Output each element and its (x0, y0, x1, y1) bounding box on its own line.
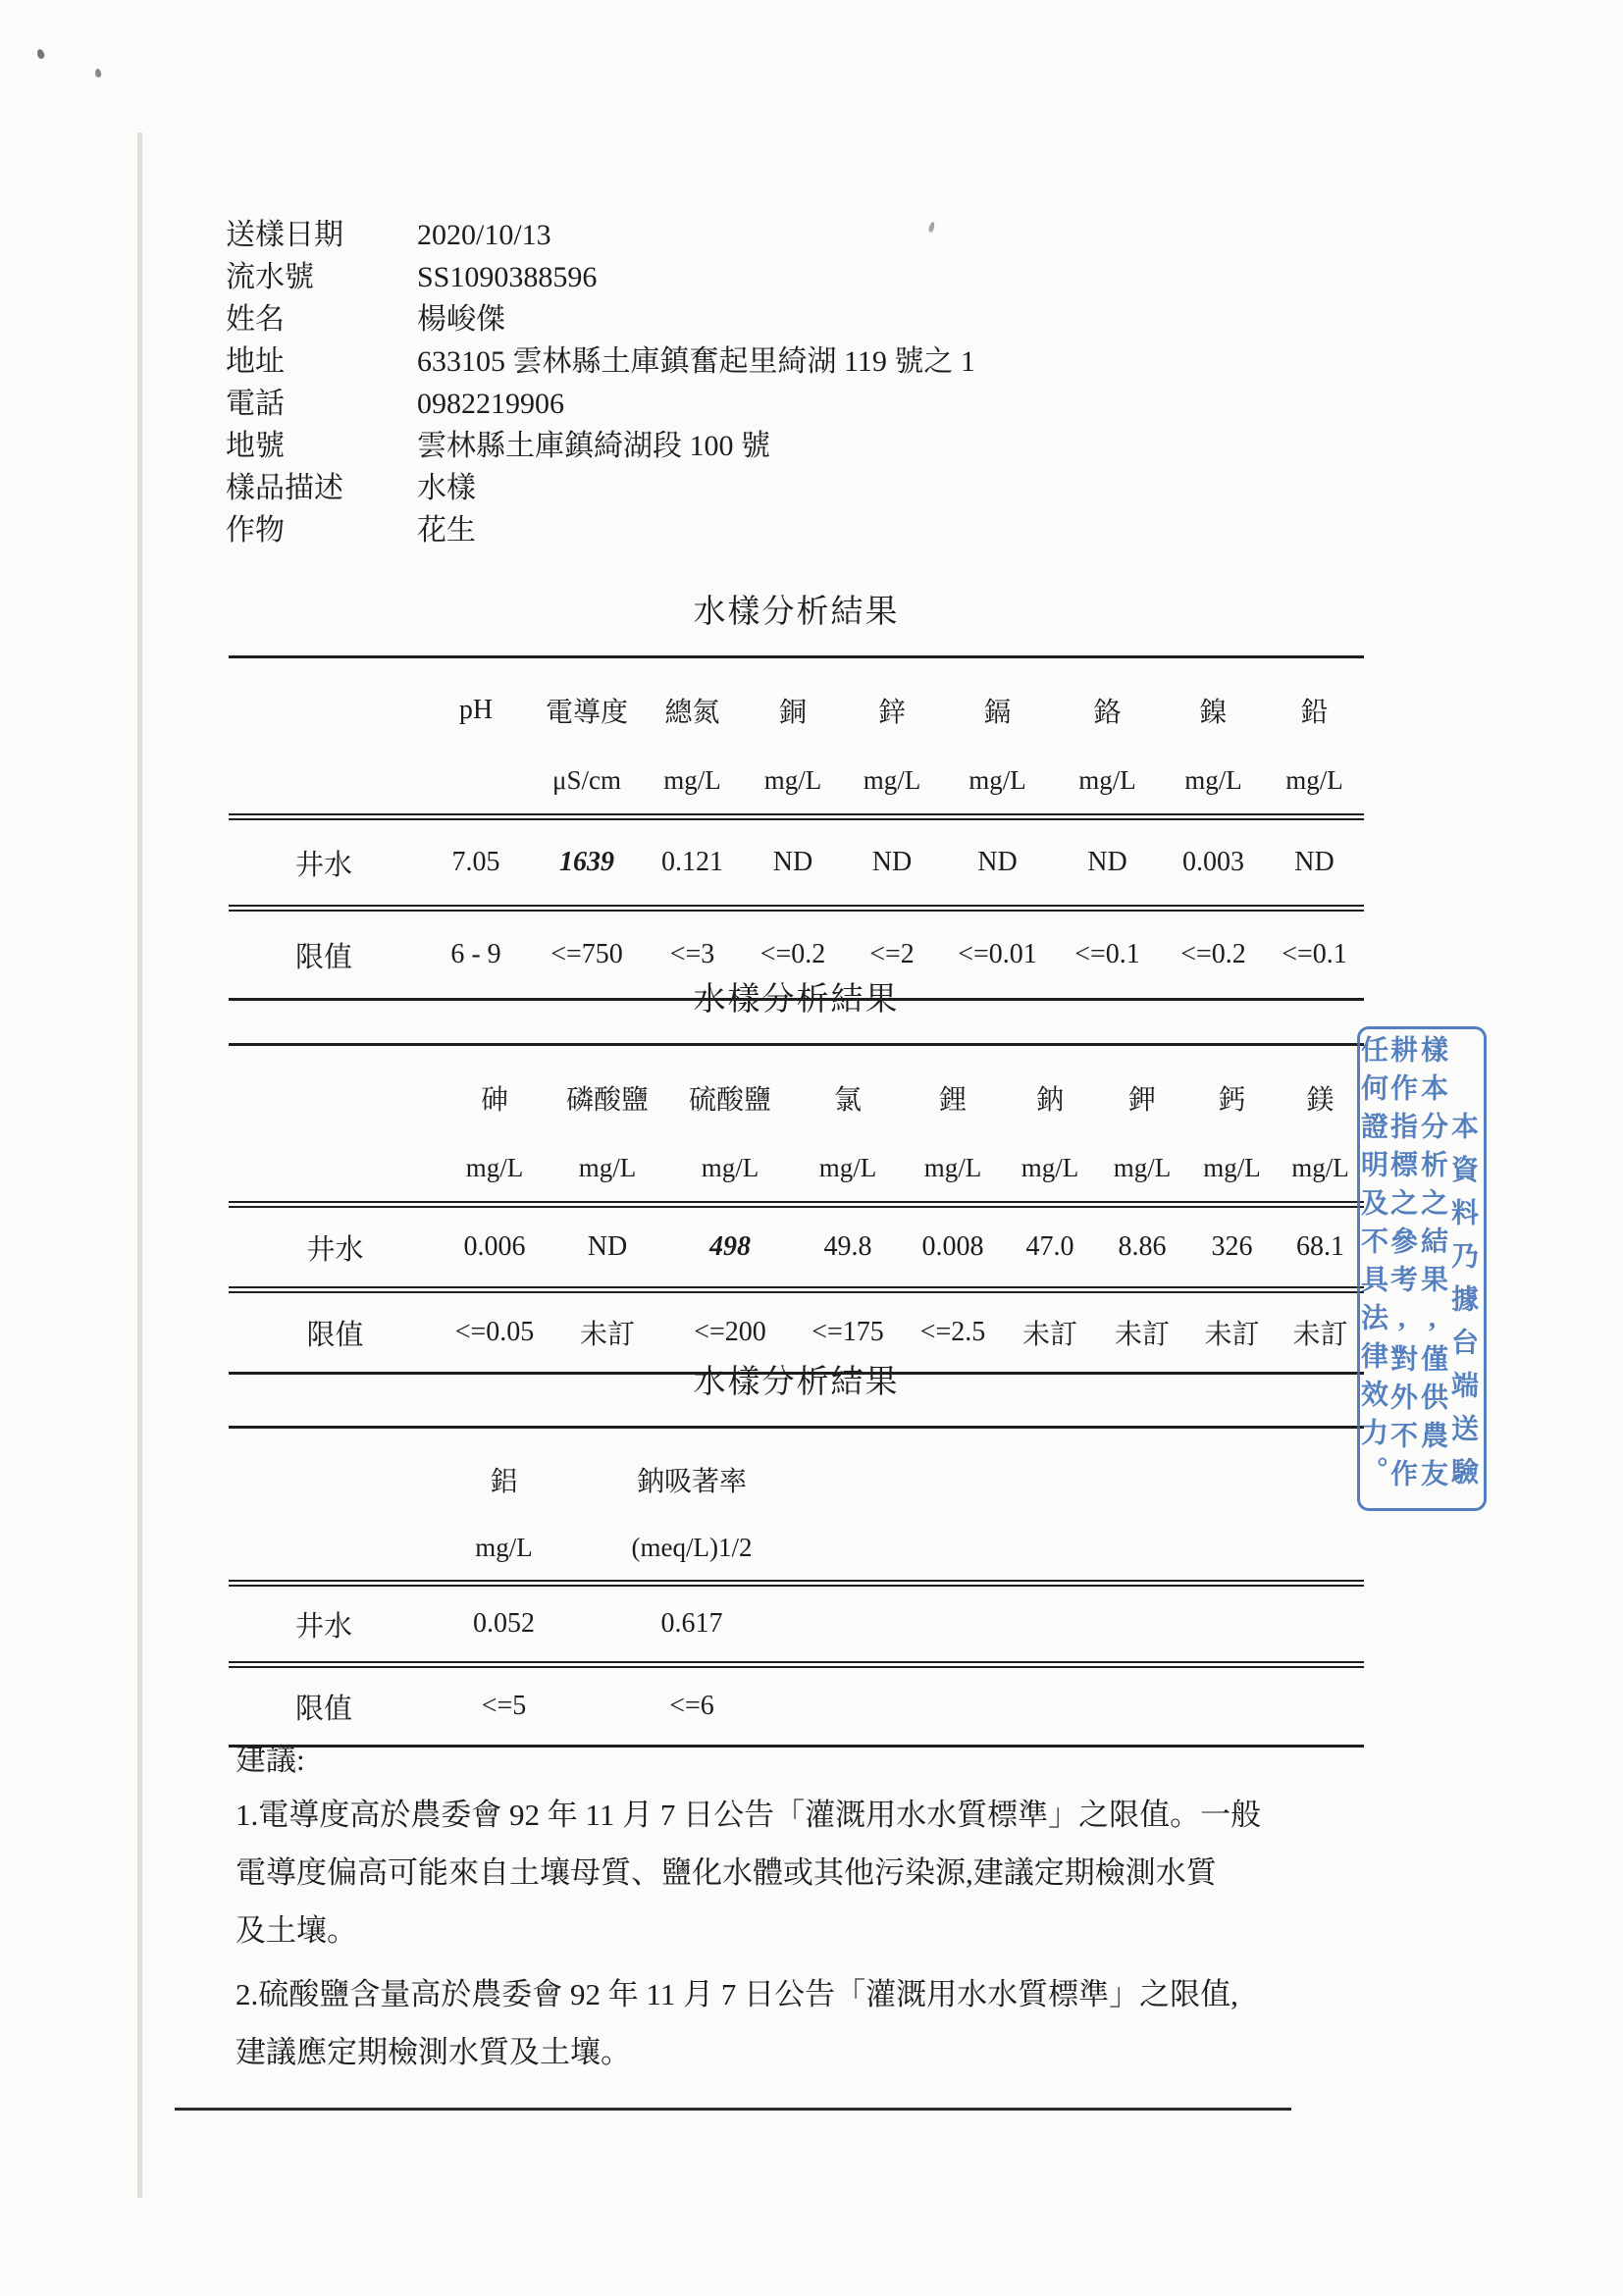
field-value: 0982219906 (417, 383, 564, 425)
corner-cell (229, 1428, 419, 1516)
advice-line: 及土壤。 (236, 1902, 1261, 1959)
table-title: 水樣分析結果 (229, 589, 1364, 636)
scan-speck (36, 48, 46, 60)
empty-cell (795, 1584, 1364, 1665)
scanned-report-page: 送樣日期 2020/10/13 流水號 SS1090388596 姓名 楊峻傑 … (0, 0, 1623, 2296)
header-field-row: 流水號 SS1090388596 (226, 256, 975, 298)
value-cell: 47.0 (1003, 1205, 1097, 1290)
limit-cell: <=6 (589, 1665, 795, 1747)
table-title: 水樣分析結果 (229, 1359, 1364, 1406)
stamp-column: 本資料乃據台端送驗 (1451, 1112, 1482, 1500)
unit-cell: mg/L (641, 747, 744, 817)
value-cell: 0.003 (1162, 817, 1265, 909)
unit-cell: mg/L (1003, 1134, 1097, 1205)
column-header: 氯 (793, 1045, 903, 1135)
header-field-row: 地號 雲林縣土庫鎮綺湖段 100 號 (226, 425, 975, 467)
column-header: 電導度 (533, 657, 641, 748)
disclaimer-stamp: 本資料乃據台端送驗 樣本分析之結果,僅供農友 耕作指標之參考,對外不作 任何證明… (1357, 1026, 1487, 1511)
header-field-row: 樣品描述 水樣 (226, 467, 975, 509)
value-cell: ND (942, 817, 1053, 909)
unit-cell: mg/L (793, 1134, 903, 1205)
column-header: 鈣 (1187, 1045, 1277, 1135)
value-cell: 49.8 (793, 1205, 903, 1290)
column-header: 鉛 (1265, 657, 1364, 748)
value-cell: ND (1265, 817, 1364, 909)
advice-line: 建議應定期檢測水質及土壤。 (236, 2023, 1238, 2081)
column-header-row: pH 電導度 總氮 銅 鋅 鎘 鉻 鎳 鉛 (229, 657, 1364, 748)
unit-cell: mg/L (548, 1134, 667, 1205)
corner-cell (229, 1134, 442, 1205)
field-value: 633105 雲林縣土庫鎮奮起里綺湖 119 號之 1 (417, 340, 975, 383)
bottom-rule (175, 2108, 1291, 2111)
column-header: 鋰 (903, 1045, 1003, 1135)
unit-cell: mg/L (1187, 1134, 1277, 1205)
value-cell: ND (744, 817, 842, 909)
column-header: 鎳 (1162, 657, 1265, 748)
field-value: 2020/10/13 (417, 214, 551, 256)
advice-paragraph-2: 2.硫酸鹽含量高於農委會 92 年 11 月 7 日公告「灌溉用水水質標準」之限… (236, 1965, 1238, 2081)
column-header: 鈉吸著率 (589, 1428, 795, 1516)
header-field-row: 地址 633105 雲林縣土庫鎮奮起里綺湖 119 號之 1 (226, 340, 975, 383)
unit-cell: mg/L (1097, 1134, 1187, 1205)
unit-cell: mg/L (1162, 747, 1265, 817)
unit-cell: mg/L (1265, 747, 1364, 817)
value-cell: 0.617 (589, 1584, 795, 1665)
corner-cell (229, 1515, 419, 1584)
field-label: 電話 (226, 383, 417, 425)
water-analysis-table: 鋁 鈉吸著率 mg/L (meq/L)1/2 井水 0.052 0.617 限值… (229, 1426, 1364, 1748)
unit-row: mg/L (meq/L)1/2 (229, 1515, 1364, 1584)
field-label: 作物 (226, 509, 417, 551)
column-header: 砷 (442, 1045, 548, 1135)
column-header: 磷酸鹽 (548, 1045, 667, 1135)
header-field-row: 姓名 楊峻傑 (226, 298, 975, 340)
value-cell: 0.008 (903, 1205, 1003, 1290)
row-label: 井水 (229, 1205, 442, 1290)
field-label: 送樣日期 (226, 214, 417, 256)
column-header: 銅 (744, 657, 842, 748)
water-analysis-table: 砷 磷酸鹽 硫酸鹽 氯 鋰 鈉 鉀 鈣 鎂 mg/L mg/L mg/L mg/… (229, 1043, 1364, 1375)
value-cell: ND (548, 1205, 667, 1290)
column-header: 鎂 (1277, 1045, 1364, 1135)
field-value: 水樣 (417, 467, 476, 509)
analysis-table-3: 水樣分析結果 鋁 鈉吸著率 mg/L (meq/L)1/2 井水 0.052 (229, 1359, 1364, 1748)
value-cell: ND (1053, 817, 1162, 909)
header-field-row: 作物 花生 (226, 509, 975, 551)
sample-row: 井水 0.006 ND 498 49.8 0.008 47.0 8.86 326… (229, 1205, 1364, 1290)
advice-line: 2.硫酸鹽含量高於農委會 92 年 11 月 7 日公告「灌溉用水水質標準」之限… (236, 1965, 1238, 2023)
empty-cell (795, 1515, 1364, 1584)
corner-cell (229, 747, 419, 817)
unit-cell: mg/L (442, 1134, 548, 1205)
limit-cell: <=5 (419, 1665, 589, 1747)
unit-cell (419, 747, 533, 817)
field-value: 雲林縣土庫鎮綺湖段 100 號 (417, 425, 770, 467)
value-cell: 68.1 (1277, 1205, 1364, 1290)
header-field-row: 電話 0982219906 (226, 383, 975, 425)
unit-cell: mg/L (903, 1134, 1003, 1205)
field-label: 流水號 (226, 256, 417, 298)
value-cell: 8.86 (1097, 1205, 1187, 1290)
value-cell-exceeds: 498 (667, 1205, 793, 1290)
column-header: 鋁 (419, 1428, 589, 1516)
header-field-row: 送樣日期 2020/10/13 (226, 214, 975, 256)
scan-streak-artifact (137, 132, 142, 2198)
table-title: 水樣分析結果 (229, 976, 1364, 1023)
corner-cell (229, 657, 419, 748)
value-cell: 0.006 (442, 1205, 548, 1290)
column-header-row: 砷 磷酸鹽 硫酸鹽 氯 鋰 鈉 鉀 鈣 鎂 (229, 1045, 1364, 1135)
report-header: 送樣日期 2020/10/13 流水號 SS1090388596 姓名 楊峻傑 … (226, 214, 975, 551)
stamp-column: 樣本分析之結果,僅供農友 (1421, 1035, 1451, 1497)
column-header: 總氮 (641, 657, 744, 748)
sample-row: 井水 7.05 1639 0.121 ND ND ND ND 0.003 ND (229, 817, 1364, 909)
analysis-table-2: 水樣分析結果 砷 磷酸鹽 硫酸鹽 氯 鋰 鈉 鉀 鈣 鎂 (229, 976, 1364, 1375)
column-header: 硫酸鹽 (667, 1045, 793, 1135)
field-label: 地址 (226, 340, 417, 383)
value-cell: 7.05 (419, 817, 533, 909)
unit-cell: μS/cm (533, 747, 641, 817)
field-label: 姓名 (226, 298, 417, 340)
advice-line: 電導度偏高可能來自土壤母質、鹽化水體或其他污染源,建議定期檢測水質 (236, 1844, 1261, 1902)
field-value: SS1090388596 (417, 256, 597, 298)
value-cell: 0.121 (641, 817, 744, 909)
water-analysis-table: pH 電導度 總氮 銅 鋅 鎘 鉻 鎳 鉛 μS/cm mg/L mg/L mg… (229, 655, 1364, 1001)
row-label: 井水 (229, 1584, 419, 1665)
value-cell-exceeds: 1639 (533, 817, 641, 909)
unit-cell: mg/L (942, 747, 1053, 817)
unit-cell: (meq/L)1/2 (589, 1515, 795, 1584)
column-header: 鉻 (1053, 657, 1162, 748)
scan-speck (94, 69, 101, 78)
unit-cell: mg/L (1053, 747, 1162, 817)
field-value: 楊峻傑 (417, 298, 505, 340)
unit-cell: mg/L (667, 1134, 793, 1205)
column-header-row: 鋁 鈉吸著率 (229, 1428, 1364, 1516)
unit-cell: mg/L (419, 1515, 589, 1584)
field-label: 地號 (226, 425, 417, 467)
value-cell: 0.052 (419, 1584, 589, 1665)
value-cell: 326 (1187, 1205, 1277, 1290)
sample-row: 井水 0.052 0.617 (229, 1584, 1364, 1665)
unit-row: mg/L mg/L mg/L mg/L mg/L mg/L mg/L mg/L … (229, 1134, 1364, 1205)
stamp-column: 耕作指標之參考,對外不作 (1390, 1035, 1421, 1497)
column-header: 鉀 (1097, 1045, 1187, 1135)
row-label: 井水 (229, 817, 419, 909)
column-header: pH (419, 657, 533, 748)
field-label: 樣品描述 (226, 467, 417, 509)
column-header: 鋅 (842, 657, 942, 748)
column-header: 鈉 (1003, 1045, 1097, 1135)
empty-cell (795, 1665, 1364, 1747)
value-cell: ND (842, 817, 942, 909)
advice-line: 1.電導度高於農委會 92 年 11 月 7 日公告「灌溉用水水質標準」之限值。… (236, 1786, 1261, 1844)
analysis-table-1: 水樣分析結果 pH 電導度 總氮 銅 鋅 鎘 鉻 鎳 鉛 (229, 589, 1364, 1001)
corner-cell (229, 1045, 442, 1135)
advice-paragraph-1: 1.電導度高於農委會 92 年 11 月 7 日公告「灌溉用水水質標準」之限值。… (236, 1786, 1261, 1959)
column-header: 鎘 (942, 657, 1053, 748)
unit-cell: mg/L (842, 747, 942, 817)
advice-heading: 建議: (236, 1735, 305, 1779)
stamp-column: 任何證明及不具法律效力。 (1361, 1035, 1391, 1494)
empty-cell (795, 1428, 1364, 1516)
unit-cell: mg/L (1277, 1134, 1364, 1205)
unit-cell: mg/L (744, 747, 842, 817)
unit-row: μS/cm mg/L mg/L mg/L mg/L mg/L mg/L mg/L (229, 747, 1364, 817)
limit-row: 限值 <=5 <=6 (229, 1665, 1364, 1747)
field-value: 花生 (417, 509, 476, 551)
